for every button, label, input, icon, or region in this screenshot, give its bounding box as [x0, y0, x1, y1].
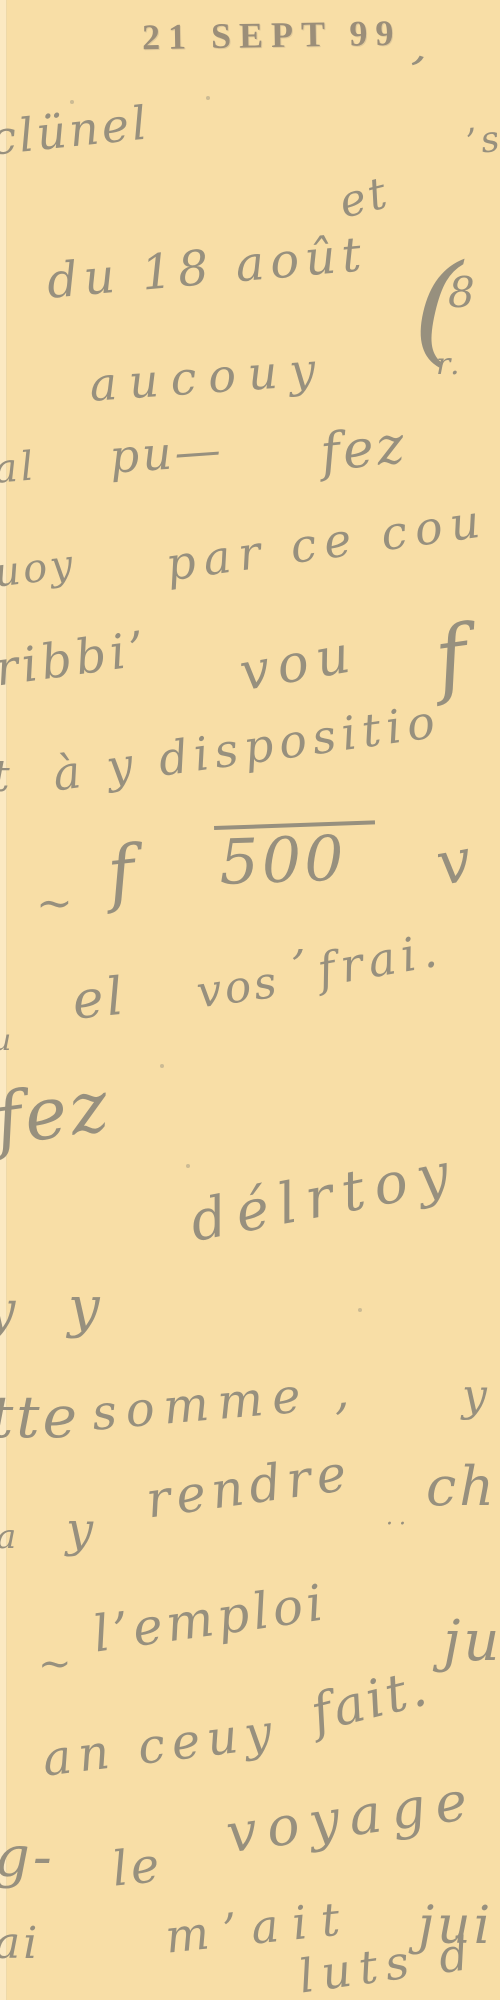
handwriting-fragment: ~: [38, 1644, 75, 1684]
handwriting-fragment: du 18 août: [45, 230, 369, 306]
handwriting-fragment: pu—: [108, 426, 225, 480]
handwriting-fragment: aucouy: [88, 345, 329, 407]
handwriting-fragment: r.: [436, 350, 463, 380]
date-stamp: 21 SEPT 99: [142, 12, 402, 59]
handwriting-fragment: ai: [0, 1922, 40, 1966]
handwriting-fragment: v: [432, 830, 479, 895]
handwriting-fragment: par ce cou: [163, 497, 490, 588]
handwriting-fragment: ju: [443, 1614, 500, 1670]
handwriting-fragment: al: [0, 446, 38, 490]
handwriting-fragment: u: [0, 1026, 14, 1056]
handwriting-fragment: ~: [36, 882, 76, 926]
handwriting-fragment: vos: [194, 960, 282, 1015]
ink-speck: [186, 1164, 190, 1168]
handwriting-fragment: tte: [0, 1388, 80, 1446]
handwriting-fragment: y: [68, 1280, 103, 1336]
handwriting-fragment: délrtoy: [186, 1144, 463, 1251]
scanned-letter-page: 21 SEPT 99 ’ clünel et ’s du 18 août ( 8…: [0, 0, 500, 2000]
handwriting-amount-500: 500: [214, 820, 378, 894]
handwriting-fragment: fez: [318, 419, 409, 480]
handwriting-fragment: f: [430, 613, 475, 701]
scan-edge-strip: [0, 0, 7, 2000]
handwriting-fragment: uoy: [0, 544, 78, 594]
handwriting-fragment: clünel: [0, 99, 152, 161]
handwriting-fragment: 8: [448, 272, 478, 314]
handwriting-fragment: a: [0, 1520, 19, 1554]
handwriting-fragment: an ceuy: [40, 1707, 281, 1784]
handwriting-fragment: y: [0, 1285, 18, 1337]
handwriting-fragment: el: [70, 970, 129, 1027]
handwriting-fragment: g-: [0, 1830, 55, 1886]
ink-speck: [160, 1064, 164, 1068]
handwriting-fragment: f: [104, 835, 141, 910]
handwriting-fragment: fait.: [306, 1661, 434, 1740]
handwriting-fragment: y: [66, 1506, 96, 1554]
handwriting-fragment: à y dispositio: [50, 698, 443, 798]
handwriting-fragment: ch: [426, 1460, 497, 1514]
handwriting-fragment: ,: [292, 918, 309, 962]
handwriting-fragment: voyage: [223, 1773, 480, 1862]
handwriting-fragment: ribbi’: [0, 625, 152, 694]
ink-speck: [206, 96, 210, 100]
handwriting-fragment: et: [335, 171, 394, 226]
handwriting-fragment: y: [462, 1374, 490, 1418]
handwriting-fragment: ··: [386, 1514, 412, 1536]
handwriting-fragment: le: [110, 1841, 165, 1894]
handwriting-fragment: vou: [236, 627, 361, 699]
ink-speck: [358, 1308, 362, 1312]
handwriting-fragment: somme ,: [90, 1367, 360, 1438]
ink-speck: [70, 100, 74, 104]
handwriting-fragment: l’emploi: [90, 1577, 330, 1659]
handwriting-fragment: frai.: [314, 926, 446, 993]
handwriting-fragment: rendre: [143, 1447, 355, 1525]
handwriting-fragment: ’: [400, 48, 431, 97]
handwriting-fragment: fez: [0, 1069, 115, 1156]
handwriting-fragment: ’s: [464, 121, 500, 162]
handwriting-fragment: t: [0, 755, 13, 799]
